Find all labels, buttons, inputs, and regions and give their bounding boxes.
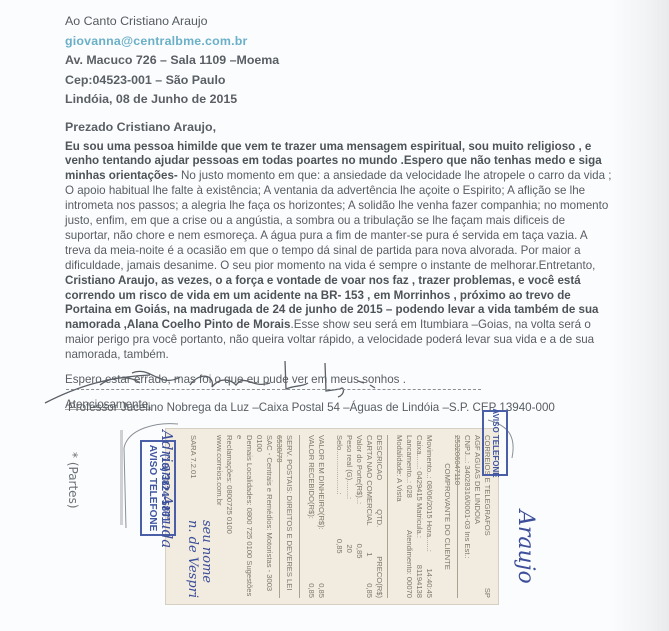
- receipt-row-label: Movimento..: 08/06/2015 Hora......:: [424, 435, 434, 552]
- receipt-content: CORREIOS E TELEGRAFOSSP AGF AGUAS DE LIN…: [166, 429, 498, 604]
- total-label: VALOR RECEBIDO(R$):: [306, 435, 316, 519]
- item-qty: 20: [344, 544, 354, 552]
- handwriting-left-2: seu nome: [199, 520, 214, 583]
- receipt-total: VALOR RECEBIDO(R$):0,85: [306, 435, 316, 598]
- sac-line: Reclamações: 0800725 0100 www.correios.c…: [214, 435, 234, 598]
- receipt-total: VALOR EM DINHEIRO(R$):0,85: [316, 435, 326, 598]
- body-paragraph-1: No justo momento em que: a ansiedade da …: [65, 169, 612, 271]
- recipient-address: Av. Macuco 726 – Sala 1109 –Moema: [65, 51, 625, 71]
- receipt-item: Selo....................:0,85: [334, 435, 344, 598]
- receipt-sac: SAC - Centrais e Remédios: Motoristas - …: [214, 429, 274, 604]
- stamp-text: AVISO TELEFONE: [489, 408, 501, 477]
- phone-stamp-right: AVISO TELEFONE: [482, 410, 508, 476]
- stamp-label: AVISO TELEFONE: [147, 445, 158, 532]
- stamp-label: AVISO TELEFONE: [491, 408, 500, 477]
- receipt-row-label: Caixa......: 0429415 Matricula.:: [414, 435, 424, 538]
- receipt-item: Valor do Porte(R$)..:0,85: [354, 435, 364, 598]
- receipt-notice: SERV. POSTAIS: DIREITOS E DEVERES LEI 65…: [274, 429, 294, 604]
- item-qty: 0,85: [334, 539, 344, 554]
- letter: Ao Canto Cristiano Araujo giovanna@centr…: [65, 12, 625, 411]
- receipt-item: CARTA NAO COMERCIAL10,85: [364, 435, 374, 598]
- receipt-divider: [279, 435, 280, 598]
- recipient-email: giovanna@centralbme.com.br: [65, 32, 625, 52]
- item-desc: CARTA NAO COMERCIAL: [364, 435, 374, 525]
- receipt-row: Lancamento..: 028Atendimento: 00070: [404, 435, 414, 598]
- recipient-line: Ao Canto Cristiano Araujo: [65, 12, 625, 32]
- letter-date: Lindóia, 08 de Junho de 2015: [65, 90, 625, 110]
- receipt-row: Caixa......: 0429415 Matricula.:81194138: [414, 435, 424, 598]
- receipt-table-header: DESCRICAOQTD.PRECO(R$): [374, 435, 384, 598]
- handwriting-left-3: n. de Vespri: [185, 520, 200, 598]
- handwriting-right: Araujo: [513, 510, 538, 584]
- sac-line: SAC - Centrais e Remédios: Motoristas - …: [254, 435, 274, 598]
- receipt-row: Modalidade: A Vista: [394, 435, 404, 598]
- receipt-info: Movimento..: 08/06/2015 Hora......:14:40…: [394, 429, 434, 604]
- receipt-divider: [387, 435, 388, 598]
- margin-note: * (Partes): [66, 452, 80, 509]
- handwriting-left: Adriano Arruda: [158, 430, 176, 548]
- signature: [40, 355, 520, 405]
- receipt-divider: [457, 435, 458, 598]
- receipt-agency: AGF AGUAS DE LINDOIA: [472, 435, 482, 598]
- item-desc: Valor do Porte(R$)..:: [354, 435, 364, 504]
- total-value: 0,85: [306, 583, 316, 598]
- receipt-item: Peso real (G)........:20: [344, 435, 354, 598]
- item-desc: Selo....................:: [334, 435, 344, 495]
- signature-line: [66, 389, 481, 390]
- col-desc: DESCRICAO: [374, 435, 384, 480]
- receipt-items: DESCRICAOQTD.PRECO(R$) CARTA NAO COMERCI…: [334, 429, 384, 604]
- col-price: PRECO(R$): [374, 556, 384, 598]
- receipt-row-value: Atendimento: 00070: [404, 530, 414, 598]
- receipt-state: SP: [482, 588, 492, 598]
- total-value: 0,85: [316, 583, 326, 598]
- receipt-row-value: 81194138: [414, 565, 424, 598]
- total-label: VALOR EM DINHEIRO(R$):: [316, 435, 326, 530]
- receipt-row-label: Lancamento..: 028: [404, 435, 414, 498]
- item-qty: 0,85: [354, 544, 364, 559]
- receipt-cnpj: CNPJ...: 34028316/0001-03 Ins Est.: 2532…: [452, 435, 472, 598]
- recipient-cep: Cep:04523-001 – São Paulo: [65, 71, 625, 91]
- item-price: 0,85: [364, 583, 374, 598]
- receipt-row: Movimento..: 08/06/2015 Hora......:14:40…: [424, 435, 434, 598]
- item-qty: 1: [364, 552, 374, 556]
- letter-body: Eu sou uma pessoa himilde que vem te tra…: [65, 140, 613, 364]
- sac-line: Demais Localidades: 0800 725 0100 Sugest…: [234, 435, 254, 598]
- receipt-divider: [299, 435, 300, 598]
- salutation: Prezado Cristiano Araujo,: [65, 120, 625, 134]
- col-qty: QTD.: [374, 509, 384, 527]
- receipt-row-label: Modalidade: A Vista: [394, 435, 404, 502]
- receipt-title: COMPROVANTE DO CLIENTE: [442, 429, 452, 604]
- item-desc: Peso real (G)........:: [344, 435, 354, 499]
- receipt-row-value: 14:40:45: [424, 568, 434, 598]
- postal-receipt: CORREIOS E TELEGRAFOSSP AGF AGUAS DE LIN…: [165, 428, 499, 605]
- receipt-totals: VALOR EM DINHEIRO(R$):0,85 VALOR RECEBID…: [306, 429, 326, 604]
